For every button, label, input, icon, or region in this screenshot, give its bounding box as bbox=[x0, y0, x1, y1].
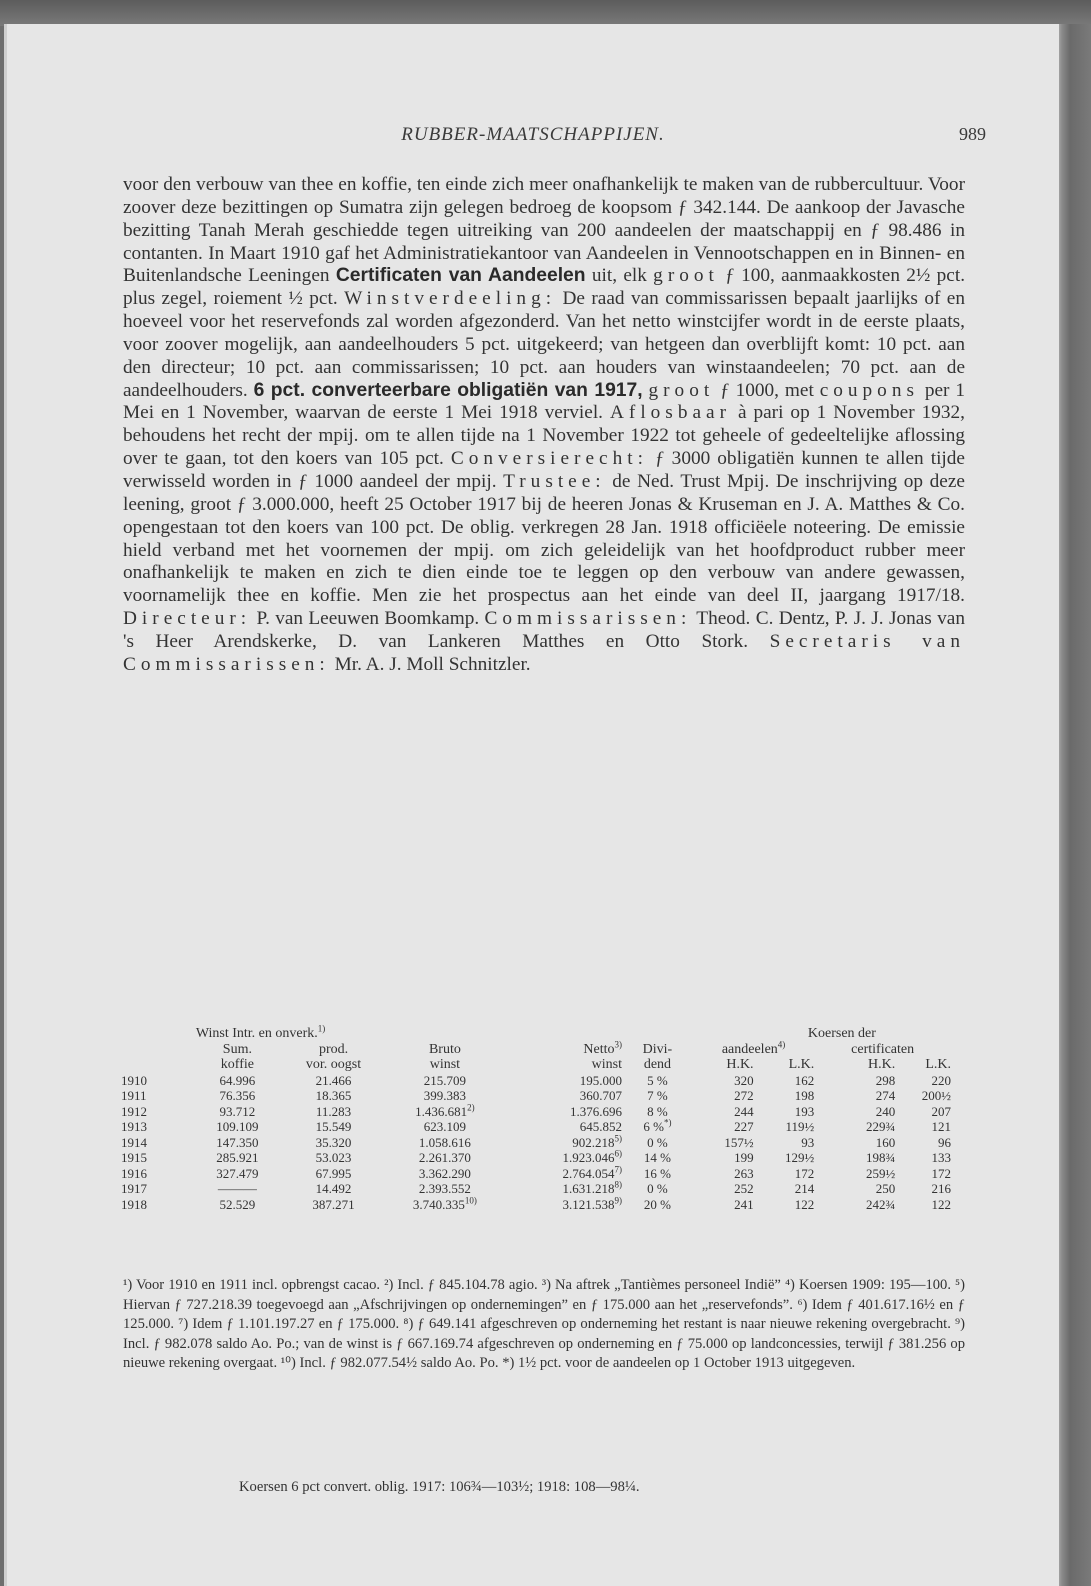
cell-c_lk: 200½ bbox=[895, 1088, 951, 1104]
cell-bruto: 1.436.6812) bbox=[384, 1104, 505, 1120]
table-row: 191064.99621.466215.709195.0005 %3201622… bbox=[121, 1073, 951, 1089]
cell-c_lk: 96 bbox=[895, 1135, 951, 1151]
cell-a_lk: 198 bbox=[754, 1088, 815, 1104]
cell-netto: 1.376.696 bbox=[506, 1104, 622, 1120]
cell-prod: 67.995 bbox=[283, 1166, 384, 1182]
cell-bruto: 2.261.370 bbox=[384, 1150, 505, 1166]
table-row: 1914147.35035.3201.058.616902.2185)0 %15… bbox=[121, 1135, 951, 1151]
cell-dividend: 16 % bbox=[622, 1166, 693, 1182]
column-subheader: H.K. bbox=[693, 1057, 754, 1073]
column-subheader: winst bbox=[384, 1057, 505, 1073]
column-header bbox=[121, 1042, 192, 1058]
cell-netto: 360.707 bbox=[506, 1088, 622, 1104]
page-number: 989 bbox=[959, 124, 986, 145]
winstverdeeling-label: Winstverdeeling: bbox=[344, 288, 556, 309]
cell-koffie: 93.712 bbox=[192, 1104, 283, 1120]
cell-netto: 1.923.0466) bbox=[506, 1150, 622, 1166]
cell-dividend: 0 % bbox=[622, 1181, 693, 1197]
column-subheader: L.K. bbox=[895, 1057, 951, 1073]
cell-bruto: 215.709 bbox=[384, 1073, 505, 1089]
cell-koffie: 109.109 bbox=[192, 1119, 283, 1135]
cell-c_lk: 172 bbox=[895, 1166, 951, 1182]
table-row: 1916327.47967.9953.362.2902.764.0547)16 … bbox=[121, 1166, 951, 1182]
coupons-label: coupons bbox=[820, 380, 919, 401]
cell-c_lk: 122 bbox=[895, 1197, 951, 1213]
directeur-name: P. van Leeuwen Boomkamp. bbox=[257, 608, 480, 629]
table-row: 191293.71211.2831.436.6812)1.376.6968 %2… bbox=[121, 1104, 951, 1120]
table-group-header: Winst Intr. en onverk.1) Koersen der bbox=[121, 1026, 951, 1042]
cell-c_lk: 220 bbox=[895, 1073, 951, 1089]
cell-koffie: 327.479 bbox=[192, 1166, 283, 1182]
column-header: Sum. bbox=[192, 1042, 283, 1058]
cell-dividend: 0 % bbox=[622, 1135, 693, 1151]
cell-netto: 1.631.2188) bbox=[506, 1181, 622, 1197]
cell-a_lk: 193 bbox=[754, 1104, 815, 1120]
cell-year: 1918 bbox=[121, 1197, 192, 1213]
conversierecht-label: Conversierecht: bbox=[451, 448, 648, 469]
cell-bruto: 1.058.616 bbox=[384, 1135, 505, 1151]
table-row: 191176.35618.365399.383360.7077 %2721982… bbox=[121, 1088, 951, 1104]
cell-a_lk: 214 bbox=[754, 1181, 815, 1197]
commissarissen-label: Commissarissen: bbox=[485, 608, 692, 629]
body-paragraph: voor den verbouw van thee en koffie, ten… bbox=[123, 174, 965, 677]
cell-netto: 2.764.0547) bbox=[506, 1166, 622, 1182]
cell-year: 1917 bbox=[121, 1181, 192, 1197]
cell-prod: 387.271 bbox=[283, 1197, 384, 1213]
table-header-row-1: Sum.prod.BrutoNetto3)Divi-aandeelen4)cer… bbox=[121, 1042, 951, 1058]
cell-dividend: 20 % bbox=[622, 1197, 693, 1213]
column-header: aandeelen4) bbox=[693, 1042, 814, 1058]
cell-dividend: 5 % bbox=[622, 1073, 693, 1089]
cell-year: 1916 bbox=[121, 1166, 192, 1182]
column-header: prod. bbox=[283, 1042, 384, 1058]
table-row: 1917———14.4922.393.5521.631.2188)0 %2522… bbox=[121, 1181, 951, 1197]
cell-year: 1911 bbox=[121, 1088, 192, 1104]
running-title: RUBBER-MAATSCHAPPIJEN. bbox=[7, 124, 1059, 146]
cell-koffie: ——— bbox=[192, 1181, 283, 1197]
financial-table: Winst Intr. en onverk.1) Koersen der Sum… bbox=[121, 1026, 961, 1212]
cell-c_lk: 133 bbox=[895, 1150, 951, 1166]
cell-year: 1912 bbox=[121, 1104, 192, 1120]
cell-c_lk: 207 bbox=[895, 1104, 951, 1120]
column-header: Bruto bbox=[384, 1042, 505, 1058]
groot-label-2: groot bbox=[649, 380, 715, 401]
cell-netto: 645.852 bbox=[506, 1119, 622, 1135]
cell-a_hk: 272 bbox=[693, 1088, 754, 1104]
cell-bruto: 623.109 bbox=[384, 1119, 505, 1135]
column-header: Divi- bbox=[622, 1042, 693, 1058]
cell-a_lk: 172 bbox=[754, 1166, 815, 1182]
scan-top-border bbox=[0, 0, 1091, 26]
cell-c_hk: 298 bbox=[814, 1073, 895, 1089]
groot-label-1: groot bbox=[653, 265, 719, 286]
cell-c_hk: 229¾ bbox=[814, 1119, 895, 1135]
body-text-2a: uit, elk bbox=[592, 265, 647, 286]
cell-c_hk: 259½ bbox=[814, 1166, 895, 1182]
table-row: 191852.529387.2713.740.33510)3.121.5389)… bbox=[121, 1197, 951, 1213]
cell-koffie: 52.529 bbox=[192, 1197, 283, 1213]
table-row: 1913109.10915.549623.109645.8526 %*)2271… bbox=[121, 1119, 951, 1135]
cell-koffie: 285.921 bbox=[192, 1150, 283, 1166]
cell-koffie: 64.996 bbox=[192, 1073, 283, 1089]
cell-bruto: 399.383 bbox=[384, 1088, 505, 1104]
secretaris-name: Mr. A. J. Moll Schnitzler. bbox=[335, 654, 531, 675]
cell-c_lk: 216 bbox=[895, 1181, 951, 1197]
trustee-label: Trustee: bbox=[503, 471, 606, 492]
cell-c_hk: 274 bbox=[814, 1088, 895, 1104]
cell-a_hk: 244 bbox=[693, 1104, 754, 1120]
cell-year: 1910 bbox=[121, 1073, 192, 1089]
cell-a_hk: 320 bbox=[693, 1073, 754, 1089]
cell-koffie: 147.350 bbox=[192, 1135, 283, 1151]
cell-year: 1914 bbox=[121, 1135, 192, 1151]
cell-a_hk: 241 bbox=[693, 1197, 754, 1213]
cell-koffie: 76.356 bbox=[192, 1088, 283, 1104]
cell-dividend: 8 % bbox=[622, 1104, 693, 1120]
group-header-left: Winst Intr. en onverk. bbox=[196, 1026, 318, 1041]
cell-c_hk: 250 bbox=[814, 1181, 895, 1197]
cell-a_lk: 93 bbox=[754, 1135, 815, 1151]
cell-netto: 3.121.5389) bbox=[506, 1197, 622, 1213]
column-subheader: dend bbox=[622, 1057, 693, 1073]
cell-c_hk: 160 bbox=[814, 1135, 895, 1151]
cell-a_hk: 199 bbox=[693, 1150, 754, 1166]
cell-c_lk: 121 bbox=[895, 1119, 951, 1135]
cell-a_lk: 162 bbox=[754, 1073, 815, 1089]
directeur-label: Directeur: bbox=[123, 608, 251, 629]
column-subheader: winst bbox=[506, 1057, 622, 1073]
cell-c_hk: 198¾ bbox=[814, 1150, 895, 1166]
cell-netto: 195.000 bbox=[506, 1073, 622, 1089]
cell-dividend: 6 %*) bbox=[622, 1119, 693, 1135]
cell-a_lk: 129½ bbox=[754, 1150, 815, 1166]
cell-a_hk: 252 bbox=[693, 1181, 754, 1197]
cell-a_hk: 157½ bbox=[693, 1135, 754, 1151]
body-text-4a: ƒ 1000, met bbox=[720, 380, 814, 401]
cell-dividend: 7 % bbox=[622, 1088, 693, 1104]
column-subheader: vor. oogst bbox=[283, 1057, 384, 1073]
cell-c_hk: 240 bbox=[814, 1104, 895, 1120]
cell-a_hk: 227 bbox=[693, 1119, 754, 1135]
footnotes: ¹) Voor 1910 en 1911 incl. opbrengst cac… bbox=[123, 1276, 965, 1374]
aflosbaar-label: Aflosbaar bbox=[610, 402, 731, 423]
table-row: 1915285.92153.0232.261.3701.923.0466)14 … bbox=[121, 1150, 951, 1166]
cell-prod: 35.320 bbox=[283, 1135, 384, 1151]
column-subheader: H.K. bbox=[814, 1057, 895, 1073]
cell-netto: 902.2185) bbox=[506, 1135, 622, 1151]
group-header-right: Koersen der bbox=[808, 1026, 876, 1041]
cell-prod: 21.466 bbox=[283, 1073, 384, 1089]
column-subheader: koffie bbox=[192, 1057, 283, 1073]
cell-dividend: 14 % bbox=[622, 1150, 693, 1166]
book-spine-edge bbox=[1056, 24, 1091, 1586]
column-header: Netto3) bbox=[506, 1042, 622, 1058]
cell-bruto: 2.393.552 bbox=[384, 1181, 505, 1197]
cell-prod: 11.283 bbox=[283, 1104, 384, 1120]
cell-prod: 15.549 bbox=[283, 1119, 384, 1135]
cell-a_hk: 263 bbox=[693, 1166, 754, 1182]
cell-a_lk: 122 bbox=[754, 1197, 815, 1213]
column-subheader: L.K. bbox=[754, 1057, 815, 1073]
obligations-heading: 6 pct. converteerbare obligatiën van 191… bbox=[254, 380, 643, 401]
cell-prod: 18.365 bbox=[283, 1088, 384, 1104]
book-page: RUBBER-MAATSCHAPPIJEN. 989 voor den verb… bbox=[4, 24, 1059, 1586]
cell-bruto: 3.362.290 bbox=[384, 1166, 505, 1182]
bond-price-line: Koersen 6 pct convert. oblig. 1917: 106¾… bbox=[239, 1479, 639, 1496]
certificates-heading: Certificaten van Aandeelen bbox=[336, 265, 586, 286]
cell-prod: 14.492 bbox=[283, 1181, 384, 1197]
table-header-row-2: koffievor. oogstwinstwinstdendH.K.L.K.H.… bbox=[121, 1057, 951, 1073]
column-header: certificaten bbox=[814, 1042, 951, 1058]
cell-year: 1915 bbox=[121, 1150, 192, 1166]
cell-prod: 53.023 bbox=[283, 1150, 384, 1166]
cell-c_hk: 242¾ bbox=[814, 1197, 895, 1213]
cell-year: 1913 bbox=[121, 1119, 192, 1135]
column-subheader bbox=[121, 1057, 192, 1073]
cell-bruto: 3.740.33510) bbox=[384, 1197, 505, 1213]
cell-a_lk: 119½ bbox=[754, 1119, 815, 1135]
